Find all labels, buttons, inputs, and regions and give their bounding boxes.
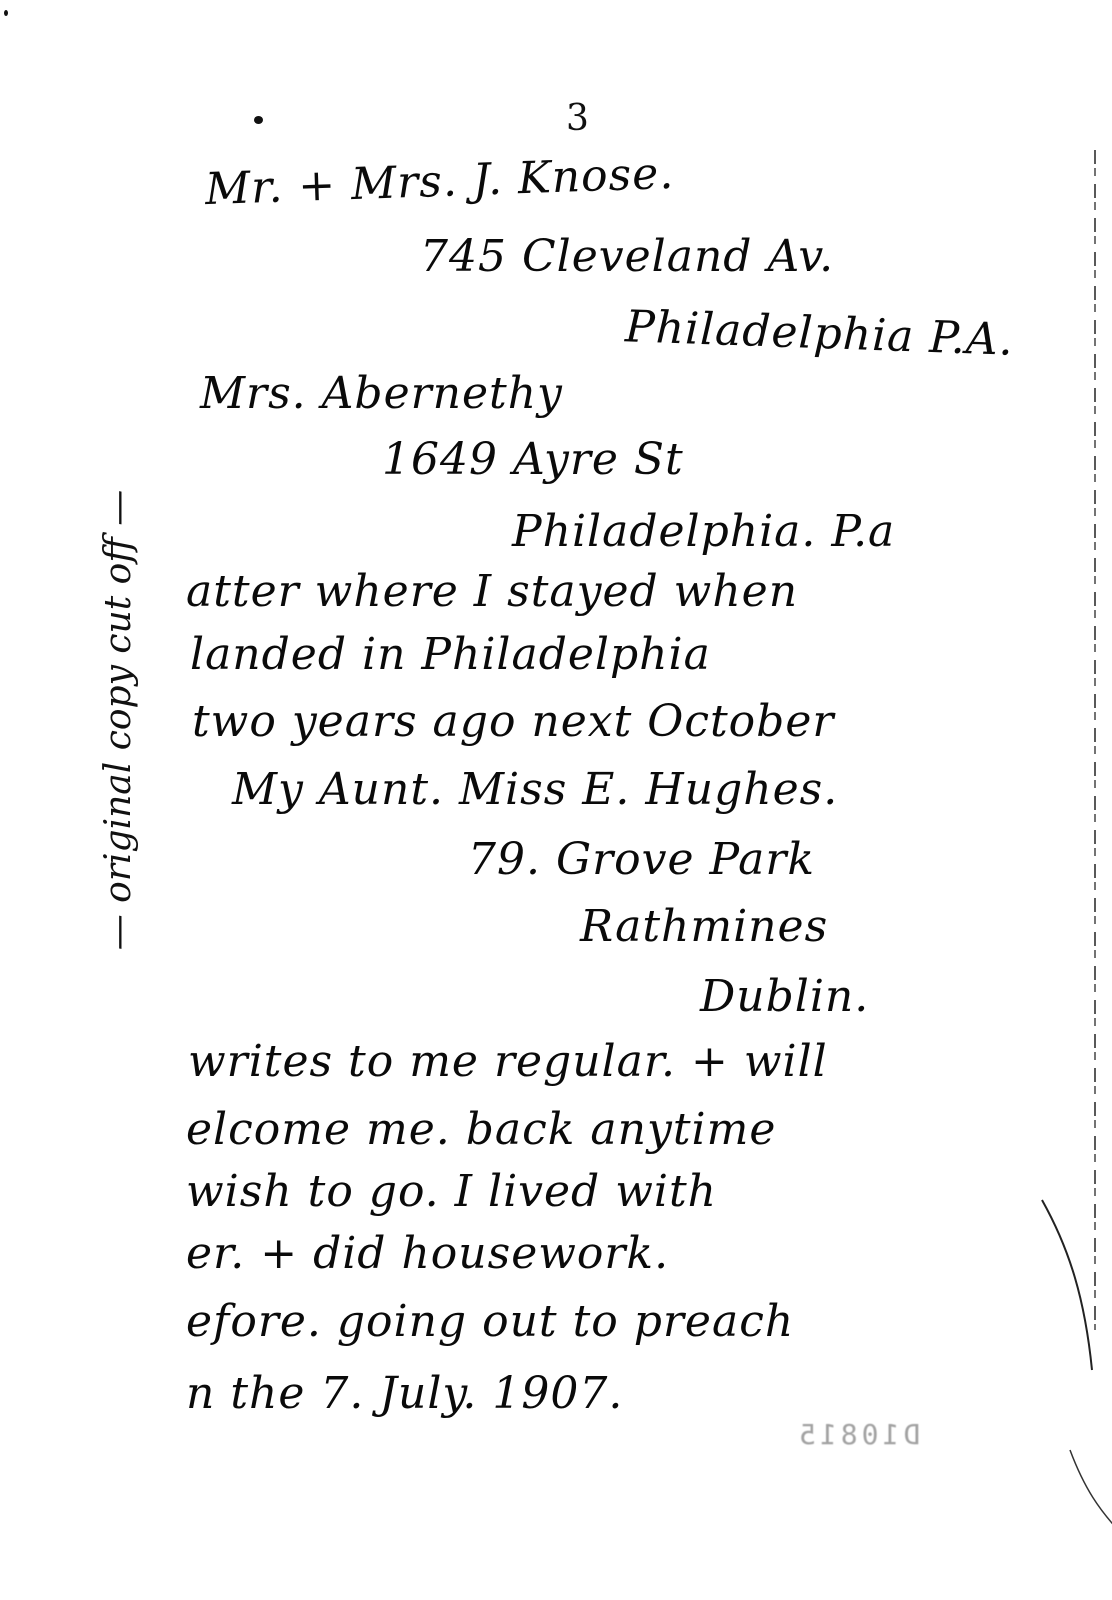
- aunt-street: 79. Grove Park: [468, 838, 815, 882]
- ink-speck: [4, 10, 8, 16]
- body-line: efore. going out to preach: [186, 1300, 794, 1344]
- body-line: writes to me regular. + will: [188, 1040, 828, 1084]
- line-street-2: 1649 Ayre St: [382, 438, 684, 482]
- page-number: 3: [566, 98, 589, 139]
- margin-annotation: — original copy cut off —: [88, 400, 148, 1040]
- line-addressee-2: Mrs. Abernethy: [200, 372, 563, 416]
- body-line: wish to go. I lived with: [186, 1170, 717, 1214]
- body-line: landed in Philadelphia: [190, 633, 711, 677]
- aunt-district: Rathmines: [580, 905, 828, 949]
- archive-stamp: D10815: [795, 1418, 920, 1451]
- body-line: elcome me. back anytime: [186, 1108, 776, 1152]
- scanned-letter-page: 3 Mr. + Mrs. J. Knose. 745 Cleveland Av.…: [0, 0, 1112, 1600]
- page-edge-line: [1094, 150, 1096, 1330]
- body-line: atter where I stayed when: [186, 570, 798, 614]
- line-city-1: Philadelphia P.A.: [624, 305, 1014, 363]
- line-addressee-1: Mr. + Mrs. J. Knose.: [204, 152, 674, 212]
- body-line: n the 7. July. 1907.: [186, 1372, 623, 1416]
- body-line: two years ago next October: [192, 700, 834, 744]
- ink-speck: [254, 116, 263, 124]
- page-fold-curve: [1040, 1190, 1112, 1550]
- body-line: My Aunt. Miss E. Hughes.: [232, 768, 838, 812]
- aunt-city: Dublin.: [700, 975, 869, 1019]
- line-street-1: 745 Cleveland Av.: [420, 235, 834, 279]
- body-line: er. + did housework.: [186, 1232, 669, 1276]
- line-city-2: Philadelphia. P.a: [512, 510, 895, 554]
